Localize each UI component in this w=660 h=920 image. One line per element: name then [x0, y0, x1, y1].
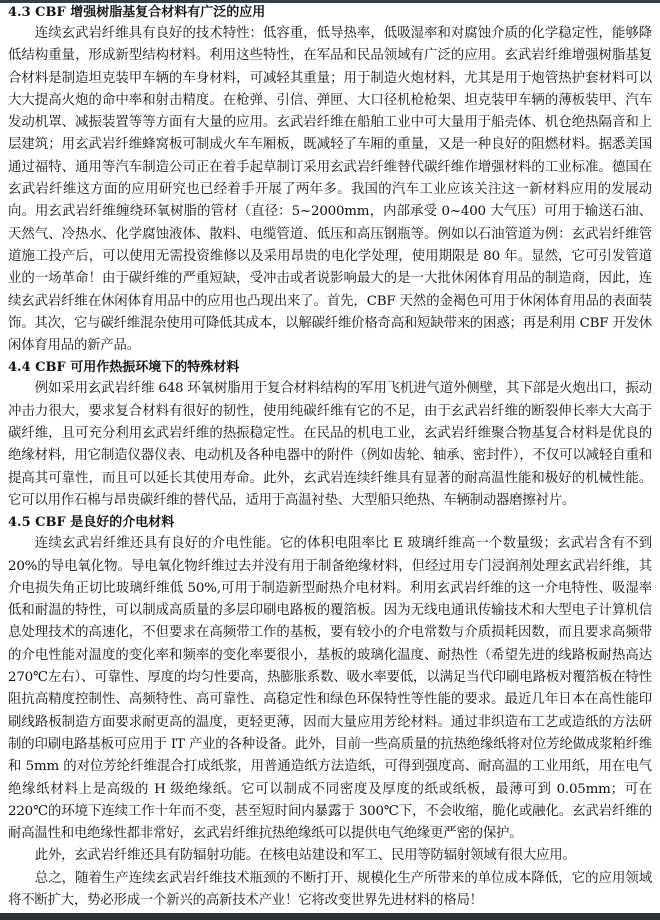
paragraph: 此外，玄武岩纤维还具有防辐射功能。在核电站建设和军工、民用等防辐射领域有很大应用…: [8, 845, 652, 867]
bottom-window-edge: [0, 913, 660, 920]
section-heading: 4.3 CBF 增强树脂基复合材料有广泛的应用: [8, 3, 652, 23]
document-page: 4.3 CBF 增强树脂基复合材料有广泛的应用 连续玄武岩纤维具有良好的技术特性…: [8, 3, 652, 912]
section-heading: 4.4 CBF 可用作热振环境下的特殊材料: [8, 358, 652, 378]
paragraph: 连续玄武岩纤维还具有良好的介电性能。它的体积电阻率比 E 玻璃纤维高一个数量级；…: [8, 533, 652, 845]
paragraph: 例如采用玄武岩纤维 648 环氧树脂用于复合材料结构的军用飞机进气道外侧壁，其下…: [8, 378, 652, 512]
paragraph: 连续玄武岩纤维具有良好的技术特性：低容重，低导热率，低吸湿率和对腐蚀介质的化学稳…: [8, 23, 652, 357]
section-4-3: 4.3 CBF 增强树脂基复合材料有广泛的应用 连续玄武岩纤维具有良好的技术特性…: [8, 3, 652, 357]
section-4-4: 4.4 CBF 可用作热振环境下的特殊材料 例如采用玄武岩纤维 648 环氧树脂…: [8, 358, 652, 512]
paragraph: 总之，随着生产连续玄武岩纤维技术瓶颈的不断打开、规模化生产所带来的单位成本降低，…: [8, 868, 652, 913]
section-4-5: 4.5 CBF 是良好的介电材料 连续玄武岩纤维还具有良好的介电性能。它的体积电…: [8, 513, 652, 912]
section-heading: 4.5 CBF 是良好的介电材料: [8, 513, 652, 533]
